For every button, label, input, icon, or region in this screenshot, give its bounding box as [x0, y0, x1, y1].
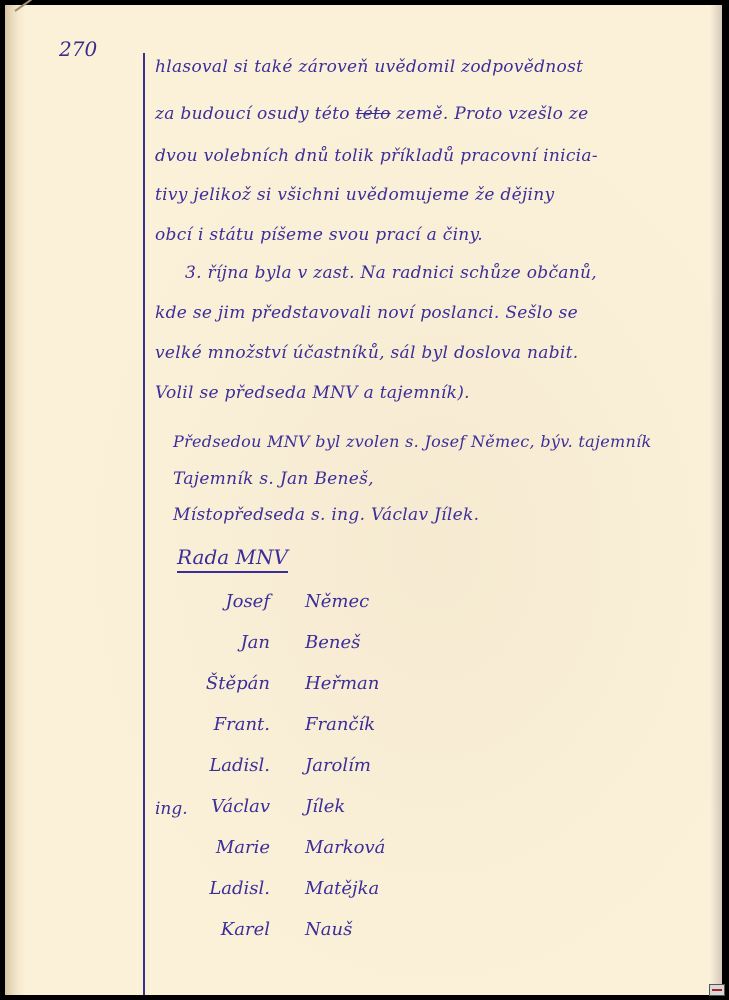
text-line: kde se jim představovali noví poslanci. …: [155, 303, 578, 323]
member-first-name: Štěpán: [150, 673, 270, 694]
appointment-vice-chairman: Místopředseda s. ing. Václav Jílek.: [173, 505, 479, 525]
text-line: tivy jelikož si všichni uvědomujeme že d…: [155, 185, 554, 205]
appointment-chairman: Předsedou MNV byl zvolen s. Josef Němec,…: [173, 432, 652, 451]
member-first-name: Jan: [150, 632, 270, 653]
member-first-name: Marie: [150, 837, 270, 858]
text-line: obcí i státu píšeme svou prací a činy.: [155, 225, 483, 245]
member-first-name: Josef: [150, 591, 270, 612]
page-number: 270: [59, 37, 97, 61]
member-last-name: Nauš: [305, 919, 352, 940]
text-line: 3. října byla v zast. Na radnici schůze …: [185, 263, 597, 283]
text-line: velké množství účastníků, sál byl doslov…: [155, 343, 578, 363]
text-segment: země. Proto vzešlo ze: [396, 104, 588, 124]
member-first-name: Karel: [150, 919, 270, 940]
member-last-name: Němec: [305, 591, 369, 612]
text-line: dvou volebních dnů tolik příkladů pracov…: [155, 146, 598, 166]
member-last-name: Beneš: [305, 632, 360, 653]
member-first-name: Ladisl.: [150, 755, 270, 776]
chronicle-page: 270 hlasoval si také zároveň uvědomil zo…: [5, 5, 722, 995]
council-heading: Rada MNV: [177, 545, 288, 573]
text-line: za budoucí osudy této této země. Proto v…: [155, 104, 588, 124]
struck-word: této: [356, 104, 391, 124]
corner-minimize-icon[interactable]: [709, 984, 725, 996]
member-last-name: Frančík: [305, 714, 375, 735]
page-spine-shadow: [710, 5, 722, 995]
text-line: Volil se předseda MNV a tajemník).: [155, 383, 470, 403]
member-first-name: Ladisl.: [150, 878, 270, 899]
member-last-name: Marková: [305, 837, 385, 858]
page-corner-fold: [14, 0, 32, 12]
member-first-name: Frant.: [150, 714, 270, 735]
member-last-name: Matějka: [305, 878, 379, 899]
member-last-name: Jarolím: [305, 755, 371, 776]
text-segment: za budoucí osudy této: [155, 104, 350, 124]
margin-line: [143, 53, 145, 995]
text-line: hlasoval si také zároveň uvědomil zodpov…: [155, 57, 583, 77]
member-last-name: Heřman: [305, 673, 379, 694]
member-last-name: Jílek: [305, 796, 345, 817]
member-first-name: Václav: [150, 796, 270, 817]
appointment-secretary: Tajemník s. Jan Beneš,: [173, 469, 374, 489]
